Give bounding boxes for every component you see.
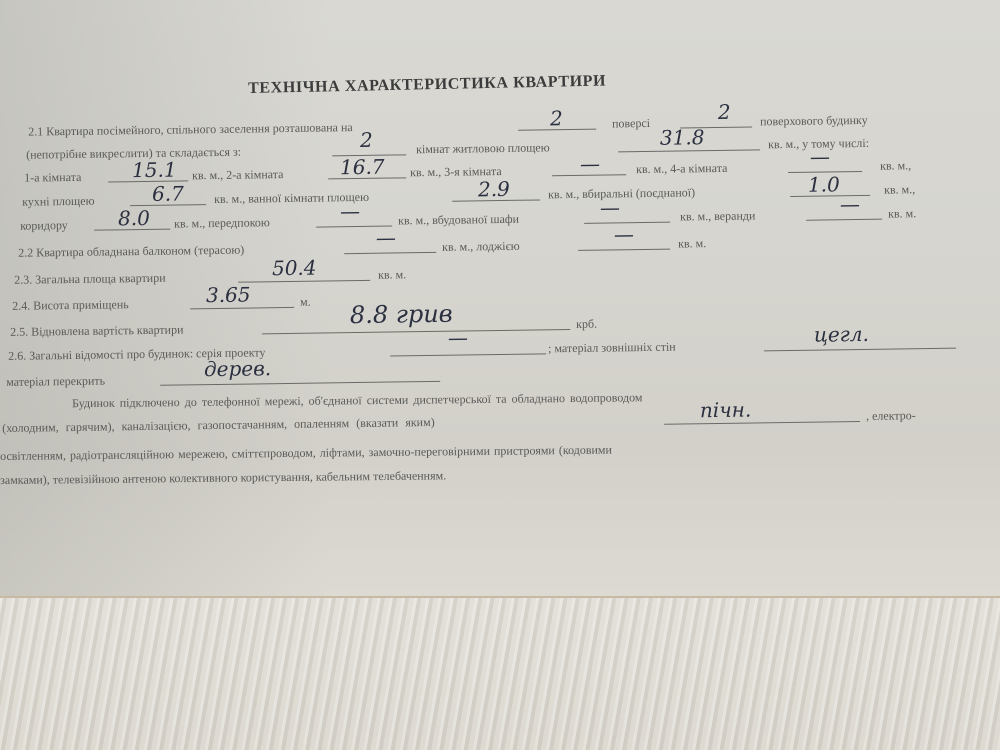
field-line bbox=[262, 329, 570, 334]
label: 2.5. Відновлена вартість квартири bbox=[10, 322, 184, 339]
living-area-value: 31.8 bbox=[660, 125, 705, 150]
bathroom-value: 2.9 bbox=[478, 177, 510, 201]
rooms-value: 2 bbox=[360, 128, 373, 152]
label: кв. м., bbox=[880, 158, 911, 173]
restored-cost-value: 8.8 грив bbox=[350, 300, 453, 329]
label: кв. м., 4-а кімната bbox=[636, 161, 728, 177]
label: коридору bbox=[20, 218, 68, 234]
label: 2.3. Загальна площа квартири bbox=[14, 271, 166, 288]
label: поверсі bbox=[612, 116, 650, 132]
floors-material-value: дерев. bbox=[204, 356, 271, 381]
label: матеріал перекрить bbox=[6, 374, 105, 390]
field-line bbox=[344, 252, 436, 254]
label: кв. м., 2-а кімната bbox=[192, 167, 284, 183]
kitchen-value: 6.7 bbox=[152, 181, 184, 205]
label: кв. м., вбудованої шафи bbox=[398, 212, 519, 229]
field-line bbox=[160, 381, 440, 386]
field-line bbox=[190, 307, 294, 309]
field-line bbox=[578, 249, 670, 251]
room2-value: 16.7 bbox=[340, 155, 385, 180]
heating-value: пічн. bbox=[700, 398, 752, 423]
field-line bbox=[664, 421, 860, 425]
toilet-value: 1.0 bbox=[808, 172, 840, 196]
balcony-value: — bbox=[376, 225, 396, 249]
label: 2.1 Квартира посімейного, спільного засе… bbox=[28, 120, 353, 140]
room4-value: — bbox=[810, 144, 830, 168]
label: м. bbox=[300, 295, 311, 310]
label: кв. м. bbox=[888, 206, 916, 221]
paper-stack-edge bbox=[0, 596, 1000, 750]
label: 2.4. Висота приміщень bbox=[12, 297, 129, 314]
loggia-value: — bbox=[614, 222, 634, 246]
label: кв. м. bbox=[678, 236, 706, 251]
closet-value: — bbox=[600, 195, 620, 219]
document-title: ТЕХНІЧНА ХАРАКТЕРИСТИКА КВАРТИРИ bbox=[248, 73, 606, 98]
label: кухні площею bbox=[22, 194, 95, 210]
veranda-value: — bbox=[840, 192, 860, 216]
label: кімнат житловою площею bbox=[416, 140, 550, 157]
project-series-value: — bbox=[448, 325, 468, 349]
label: кв. м., вбиральні (поєднаної) bbox=[548, 185, 695, 202]
field-line bbox=[618, 149, 760, 152]
corridor-value: 8.0 bbox=[118, 206, 150, 230]
label: поверхового будинку bbox=[760, 113, 868, 130]
height-value: 3.65 bbox=[206, 283, 251, 308]
field-line bbox=[390, 353, 546, 356]
walls-material-value: цегл. bbox=[814, 322, 869, 347]
room3-value: — bbox=[580, 152, 600, 176]
room1-value: 15.1 bbox=[132, 158, 177, 183]
floors-total-value: 2 bbox=[718, 100, 731, 124]
label: ; матеріал зовнішніх стін bbox=[548, 340, 676, 357]
label: кв. м., веранди bbox=[680, 208, 755, 224]
document-page: ТЕХНІЧНА ХАРАКТЕРИСТИКА КВАРТИРИ 2.1 Ква… bbox=[0, 0, 1000, 598]
label: 2.2 Квартира обладнана балконом (терасою… bbox=[18, 243, 244, 261]
label: кв. м., bbox=[884, 182, 915, 197]
label: крб. bbox=[576, 317, 597, 332]
label: кв. м., лоджією bbox=[442, 239, 520, 255]
floor-value: 2 bbox=[550, 106, 563, 130]
field-line bbox=[806, 219, 882, 221]
field-line bbox=[238, 280, 370, 283]
label: 1-а кімната bbox=[24, 170, 81, 186]
field-line bbox=[764, 348, 956, 352]
total-area-value: 50.4 bbox=[272, 256, 317, 281]
label: кв. м. bbox=[378, 267, 406, 282]
label: кв. м., передпокою bbox=[174, 215, 270, 231]
hall-value: — bbox=[340, 199, 360, 223]
paragraph-line-3: освітленням, радіотрансляційною мережею,… bbox=[0, 436, 1000, 446]
